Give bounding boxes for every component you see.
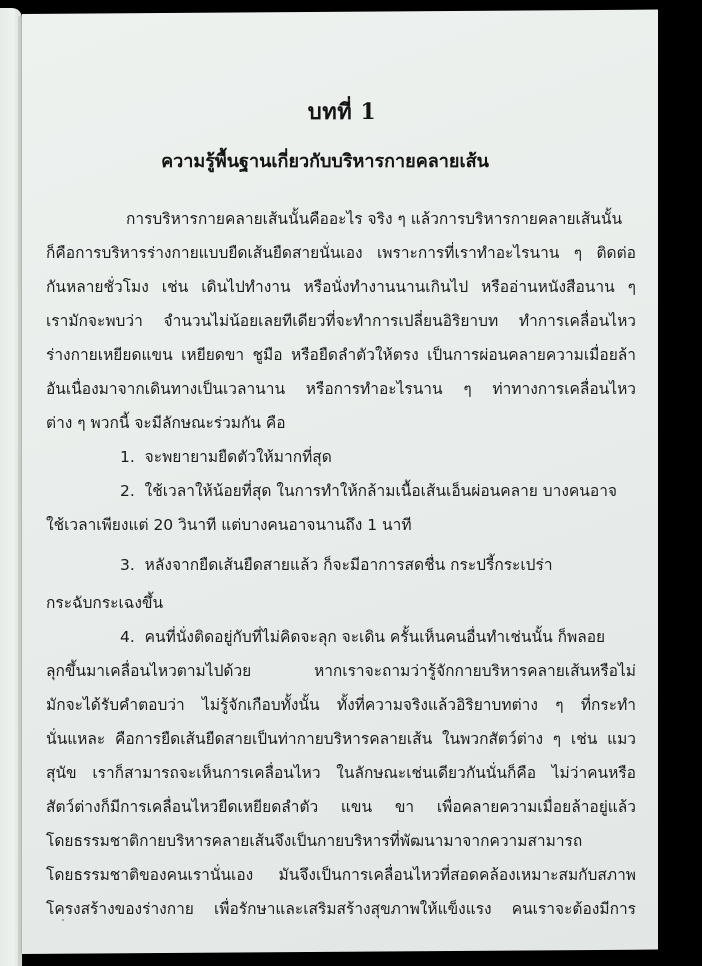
paragraph-line: ร่างกายเหยียดแขน เหยียดขา ชูมือ หรือยืดล… [46, 338, 636, 372]
list-text: จะพยายามยืดตัวให้มากที่สุด [145, 448, 332, 466]
page-content: บทที่ 1 ความรู้พื้นฐานเกี่ยวกับบริหารกาย… [22, 14, 658, 954]
paragraph-line: เรามักจะพบว่า จำนวนไม่น้อยเลยทีเดียวที่จ… [46, 304, 636, 338]
paragraph-line: อันเนื่องมาจากเดินทางเป็นเวลานาน หรือการ… [46, 372, 636, 406]
list-continuation: มักจะได้รับคำตอบว่า ไม่รู้จักเกือบทั้งนั… [46, 688, 636, 722]
list-continuation: โดยธรรมชาติกายบริหารคลายเส้นจึงเป็นกายบร… [46, 824, 636, 858]
chapter-number: บทที่ 1 [22, 94, 662, 129]
list-item: 2. ใช้เวลาให้น้อยที่สุด ในการทำให้กล้ามเ… [46, 474, 636, 508]
list-text: ใช้เวลาให้น้อยที่สุด ในการทำให้กล้ามเนื้… [145, 482, 617, 500]
list-item: 3. หลังจากยืดเส้นยืดสายแล้ว ก็จะมีอาการส… [46, 548, 636, 582]
list-continuation: ลุกขึ้นมาเคลื่อนไหวตามไปด้วย หากเราจะถาม… [46, 654, 636, 688]
list-text: หลังจากยืดเส้นยืดสายแล้ว ก็จะมีอาการสดชื… [145, 556, 553, 574]
list-continuation: สัตว์ต่างก็มีการเคลื่อนไหวยืดเหยียดลำตัว… [46, 790, 636, 824]
paragraph-line: ต่าง ๆ พวกนี้ จะมีลักษณะร่วมกัน คือ [46, 406, 636, 440]
list-number: 3. [120, 556, 135, 574]
paragraph-line: กันหลายชั่วโมง เช่น เดินไปทำงาน หรือนั่ง… [46, 270, 636, 304]
list-number: 1. [120, 448, 135, 466]
paragraph-line: การบริหารกายคลายเส้นนั้นคืออะไร จริง ๆ แ… [46, 202, 636, 236]
list-continuation: สุนัข เราก็สามารถจะเห็นการเคลื่อนไหว ในล… [46, 756, 636, 790]
list-number: 4. [120, 628, 135, 646]
list-continuation: นั่นแหละ คือการยืดเส้นยืดสายเป็นท่ากายบร… [46, 722, 636, 756]
list-number: 2. [120, 482, 135, 500]
book-page: บทที่ 1 ความรู้พื้นฐานเกี่ยวกับบริหารกาย… [22, 10, 658, 954]
list-item: 4. คนที่นั่งติดอยู่กับที่ไม่คิดจะลุก จะเ… [46, 620, 636, 654]
paper-speck [62, 919, 64, 921]
list-continuation: กระฉับกระเฉงขึ้น [46, 586, 636, 620]
list-continuation: ใช้เวลาเพียงแต่ 20 วินาที แต่บางคนอาจนาน… [46, 508, 636, 542]
paragraph-line: ก็คือการบริหารร่างกายแบบยืดเส้นยืดสายนั่… [46, 236, 636, 270]
list-continuation: โดยธรรมชาติของคนเรานั่นเอง มันจึงเป็นการ… [46, 858, 636, 892]
list-continuation: โครงสร้างของร่างกาย เพื่อรักษาและเสริมสร… [46, 892, 636, 926]
body-text: การบริหารกายคลายเส้นนั้นคืออะไร จริง ๆ แ… [46, 202, 636, 926]
paper-speck [592, 741, 595, 744]
list-text: คนที่นั่งติดอยู่กับที่ไม่คิดจะลุก จะเดิน… [145, 628, 605, 646]
list-item: 1. จะพยายามยืดตัวให้มากที่สุด [46, 440, 636, 474]
chapter-title: ความรู้พื้นฐานเกี่ยวกับบริหารกายคลายเส้น [22, 146, 628, 175]
